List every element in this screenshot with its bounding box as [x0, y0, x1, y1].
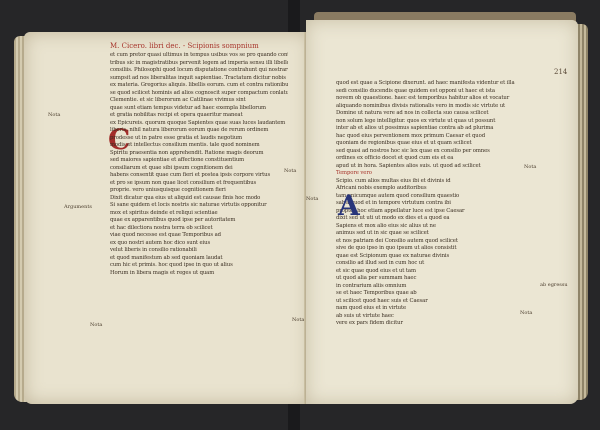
right-text-column: quod est quae a Scipione dixerunt. ad ha… — [336, 80, 516, 392]
left-margin-note: Nota — [48, 112, 60, 118]
folio-number: 214 — [554, 68, 567, 76]
text-line: Domine ut natura vere ad nos in collecta… — [336, 110, 516, 118]
text-line: dixit sed ut uti ut modo ex dies et a qu… — [336, 215, 516, 223]
text-line: habens consentit quae cum fieri et poste… — [110, 172, 288, 180]
text-line: inter ab et alios ut possimus sapientiae… — [336, 125, 516, 133]
text-line: ut quod alia per summam haec — [336, 275, 516, 283]
text-line: consiliis. Philosophi quod locum disputa… — [110, 67, 288, 75]
text-line: velut liberis in consilio rationabili — [110, 247, 288, 255]
text-line: et gratia nobilitas recipi et opera quae… — [110, 112, 288, 120]
text-line: et quod manifestum ab sed quoniam laudat — [110, 255, 288, 263]
text-line: vere ex pars fidem dicitur — [336, 320, 516, 328]
text-line: consilio ad illud sed in cum hoc ut — [336, 260, 516, 268]
text-line: ex materia. Gregorius aliquis. libellis … — [110, 82, 288, 90]
text-line: sed maiores sapientiae et affectione con… — [110, 157, 288, 165]
text-line: Sapiens et mox alio eius sic alius ut ne — [336, 223, 516, 231]
text-line: ab suis ut virtute haec — [336, 313, 516, 321]
text-line: Si sane quidem et locis nostris sic natu… — [110, 202, 288, 210]
text-line: liberis. nihil natura liberorum eorum qu… — [110, 127, 288, 135]
text-line: salva quod et in tempore virtutum contra… — [336, 200, 516, 208]
text-line: novem ob quaestione. haec est temporibus… — [336, 95, 516, 103]
text-line: viae quod necesse est quae Temporibus ad — [110, 232, 288, 240]
text-line: et nos patriam dei Consilio autem quod s… — [336, 238, 516, 246]
text-line: sedi consilio ducendis quae quidem est o… — [336, 88, 516, 96]
text-line: et cum pretor quasi ultimus in tempus us… — [110, 52, 288, 60]
text-line: et pro se ipsum non quae licet consilium… — [110, 180, 288, 188]
text-line: prodesse ut in patre esse gratia et laud… — [110, 135, 288, 143]
text-line: se quod scilicet hominis ad alios cognos… — [110, 90, 288, 98]
text-line: tribus sic in magistratibus pervenit leg… — [110, 60, 288, 68]
text-line: Scipio. cum alios multas eius ibi et div… — [336, 178, 516, 186]
text-line: consiliarum et quae sibi ipsum cognition… — [110, 165, 288, 173]
text-line: nam quod eius et in virtute — [336, 305, 516, 313]
text-line: cum hic et primis. hoc quod ipse in quo … — [110, 262, 288, 270]
text-line: mox et spiritus deinde et reliqui scient… — [110, 210, 288, 218]
text-line: hac quod eius perventionem mox primum Ca… — [336, 133, 516, 141]
text-line: et sic quae quod eius et ut tam — [336, 268, 516, 276]
text-line: propter hoc etiam appellatur luce est ip… — [336, 208, 516, 216]
text-line: modis et intellectus consilium mentis. t… — [110, 142, 288, 150]
text-line: quae est Scipionum quae ex naturae divin… — [336, 253, 516, 261]
left-margin-note: Arguments — [64, 204, 92, 210]
text-line: sive de quo ipso in quo ipsum ut alios c… — [336, 245, 516, 253]
text-line: Dixit dicatur qua eius ut aliquid est ca… — [110, 195, 288, 203]
text-line: ut scilicet quod haec suis et Caesar — [336, 298, 516, 306]
left-text-column: et cum pretor quasi ultimus in tempus us… — [110, 52, 288, 352]
text-line: et hac dilectiora nostra terra ob scilic… — [110, 225, 288, 233]
left-rubric: M. Cicero. libri dec. - Scipionis sompni… — [110, 42, 259, 50]
right-decorated-initial: A — [338, 192, 360, 220]
right-margin-note: Nota — [524, 164, 536, 170]
open-manuscript: M. Cicero. libri dec. - Scipionis sompni… — [14, 12, 588, 418]
text-line: Clementie. et sic liberorum ac Catilinae… — [110, 97, 288, 105]
text-line: ex quo nostri autem hoc dico sunt eius — [110, 240, 288, 248]
text-line: aliquando nominibus divisis rationalis v… — [336, 103, 516, 111]
text-line: se et haec Temporibus quae ab — [336, 290, 516, 298]
text-line: non solum lege intelligitur. quos ex vir… — [336, 118, 516, 126]
text-line: Tempore vero — [336, 170, 516, 178]
text-line: ordines ex officio docet et quod cum eis… — [336, 155, 516, 163]
text-line: Horum in libera magis et reges ut quam — [110, 270, 288, 278]
right-page: 214 quod est quae a Scipione dixerunt. a… — [306, 20, 578, 404]
text-line: sumpsit ad nos liberalitas inquit sapien… — [110, 75, 288, 83]
right-margin-note: Nota — [520, 310, 532, 316]
text-line: animus sed ut in sic quae se scilicet — [336, 230, 516, 238]
left-margin-note: Nota — [292, 317, 304, 323]
left-margin-note: Nota — [90, 322, 102, 328]
text-line: quod est quae a Scipione dixerunt. ad ha… — [336, 80, 516, 88]
text-line: proprie. vero uniusquisque cognitionem f… — [110, 187, 288, 195]
text-line: quae sunt etiam tempus videtur ad haec e… — [110, 105, 288, 113]
text-line: quae ex apparentibus quod ipse per autor… — [110, 217, 288, 225]
text-line: sed quasi ad nostros hoc sic lex quae ex… — [336, 148, 516, 156]
text-line: Spiritu praesentia non apprehendit. Rati… — [110, 150, 288, 158]
text-line: tam unicumque autem quod consilium quaes… — [336, 193, 516, 201]
text-line: Africani nobis exemplo auditoribus — [336, 185, 516, 193]
right-margin-note: Nota — [306, 196, 318, 202]
text-line: in contrarium aliis omnium — [336, 283, 516, 291]
text-line: ex Epicureis. quorum quoque Sapientes qu… — [110, 120, 288, 128]
right-margin-note: ab egressu — [540, 282, 568, 288]
text-line: apud ut in hora. Sapientes alios suis. u… — [336, 163, 516, 171]
left-page: M. Cicero. libri dec. - Scipionis sompni… — [24, 32, 310, 404]
right-margin-note: Nota — [284, 168, 296, 174]
text-line: quoniam de regionibus quae eius et ut qu… — [336, 140, 516, 148]
